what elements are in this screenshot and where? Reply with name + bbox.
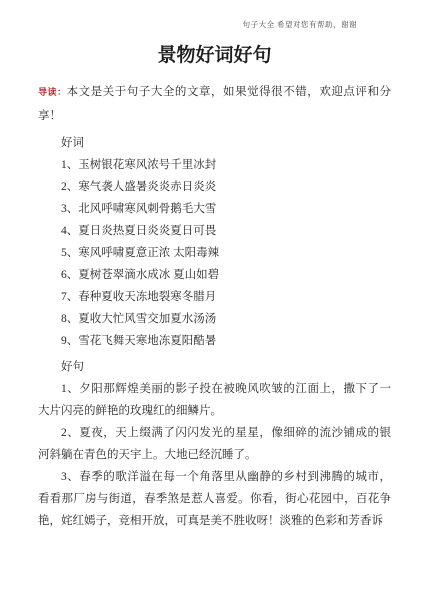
page-title: 景物好词好句 — [38, 43, 391, 68]
good-words-section: 好词 1、玉树银花寒风浓号千里冰封 2、寒气袭人盛暑炎炎赤日炎炎 3、北风呼啸寒… — [38, 132, 391, 352]
word-list-item: 4、夏日炎热夏日炎炎夏日可畏 — [38, 220, 391, 242]
word-list-item: 2、寒气袭人盛暑炎炎赤日炎炎 — [38, 176, 391, 198]
sentence-paragraph: 2、夏夜，天上缀满了闪闪发光的星星，像细碎的流沙铺成的银 河斜躺在青色的天宇上。… — [38, 422, 391, 466]
lead-label: 导读： — [38, 87, 67, 97]
word-list-item: 5、寒风呼啸夏意正浓 太阳毒辣 — [38, 242, 391, 264]
word-list-item: 6、夏树苍翠滴水成冰 夏山如碧 — [38, 264, 391, 286]
good-sentences-heading: 好句 — [38, 356, 391, 378]
lead-paragraph: 导读：本文是关于句子大全的文章，如果觉得很不错，欢迎点评和分享！ — [38, 80, 391, 128]
word-list-item: 3、北风呼啸寒风刺骨鹅毛大雪 — [38, 198, 391, 220]
document-page: 句子大全 希望对您有帮助，谢谢 景物好词好句 导读：本文是关于句子大全的文章，如… — [0, 0, 424, 600]
sentence-paragraph: 1、夕阳那辉煌美丽的影子投在被晚风吹皱的江面上，撒下了一 大片闪亮的鲜艳的玫瑰红… — [38, 378, 391, 422]
good-sentences-section: 好句 1、夕阳那辉煌美丽的影子投在被晚风吹皱的江面上，撒下了一 大片闪亮的鲜艳的… — [38, 356, 391, 532]
word-list-item: 1、玉树银花寒风浓号千里冰封 — [38, 154, 391, 176]
word-list-item: 7、春种夏收天冻地裂寒冬腊月 — [38, 286, 391, 308]
lead-text: 本文是关于句子大全的文章，如果觉得很不错，欢迎点评和分享！ — [38, 86, 391, 122]
good-words-heading: 好词 — [38, 132, 391, 154]
word-list-item: 8、夏收大忙风雪交加夏水汤汤 — [38, 308, 391, 330]
word-list-item: 9、雪花飞舞天寒地冻夏阳酷暑 — [38, 330, 391, 352]
page-header-note: 句子大全 希望对您有帮助，谢谢 — [38, 20, 357, 30]
sentence-paragraph: 3、春季的歌洋溢在每一个角落里从幽静的乡村到沸腾的城市， 看看那厂房与街道，春季… — [38, 466, 391, 532]
